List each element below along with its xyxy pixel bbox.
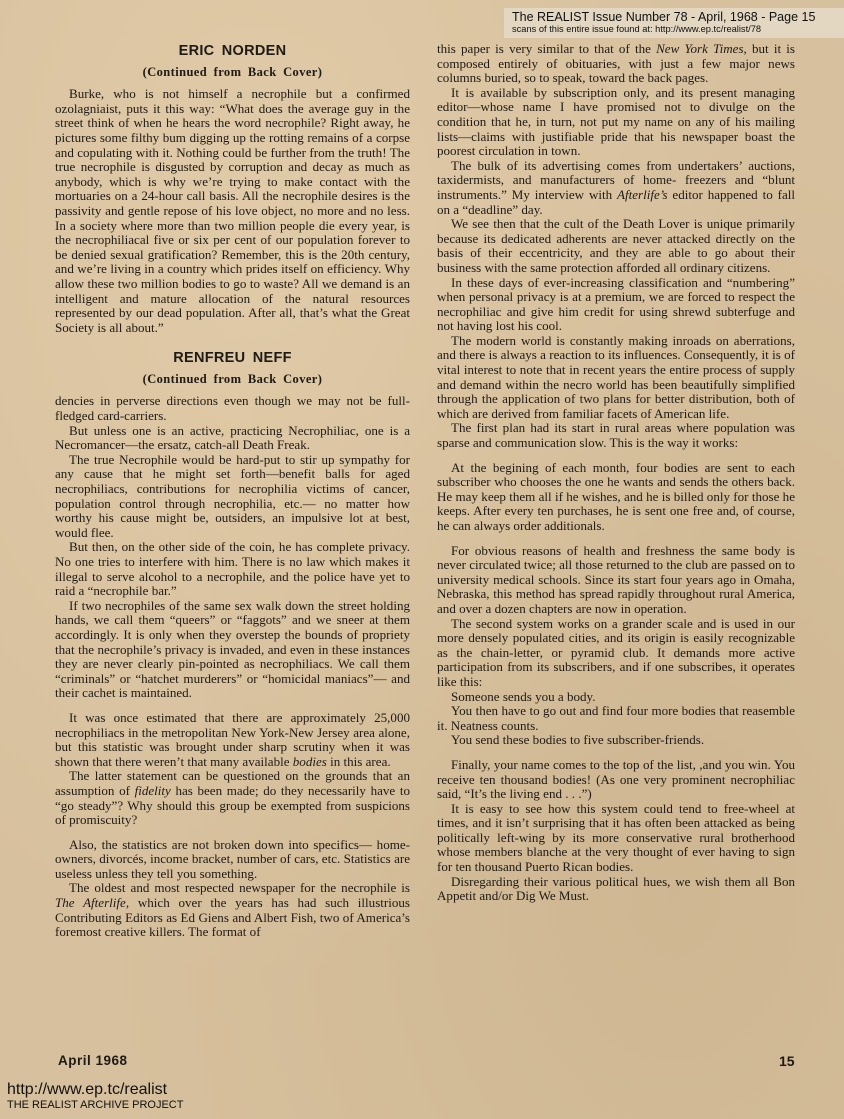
paragraph: Disregarding their various political hue…	[437, 875, 795, 904]
paragraph: In these days of ever-increasing classif…	[437, 276, 795, 334]
paragraph: You send these bodies to five subscriber…	[437, 733, 795, 748]
paragraph: We see then that the cult of the Death L…	[437, 217, 795, 275]
archive-name: THE REALIST ARCHIVE PROJECT	[7, 1099, 183, 1112]
paragraph: The true Necrophile would be hard-put to…	[55, 453, 410, 541]
paragraph: You then have to go out and find four mo…	[437, 704, 795, 733]
paragraph: But then, on the other side of the coin,…	[55, 540, 410, 598]
paragraph: Also, the statistics are not broken down…	[55, 838, 410, 882]
issue-stamp: The REALIST Issue Number 78 - April, 196…	[504, 8, 844, 38]
paragraph: The modern world is constantly making in…	[437, 334, 795, 422]
article-heading-neff: RENFREU NEFF	[55, 351, 410, 366]
paragraph: Finally, your name comes to the top of t…	[437, 758, 795, 802]
paragraph: The oldest and most respected newspaper …	[55, 881, 410, 939]
paragraph: But unless one is an active, practicing …	[55, 424, 410, 453]
issue-source: scans of this entire issue found at: htt…	[512, 24, 844, 35]
archive-credit: http://www.ep.tc/realist THE REALIST ARC…	[7, 1081, 183, 1112]
paragraph: If two necrophiles of the same sex walk …	[55, 599, 410, 701]
paragraph: The first plan had its start in rural ar…	[437, 421, 795, 450]
paragraph: The latter statement can be questioned o…	[55, 769, 410, 827]
paragraph: At the begining of each month, four bodi…	[437, 461, 795, 534]
continued-note: (Continued from Back Cover)	[55, 65, 410, 80]
right-column: this paper is very similar to that of th…	[437, 42, 795, 904]
paragraph: Someone sends you a body.	[437, 690, 795, 705]
paragraph: For obvious reasons of health and freshn…	[437, 544, 795, 617]
paragraph: Burke, who is not himself a necrophile b…	[55, 87, 410, 335]
paragraph: It is available by subscription only, an…	[437, 86, 795, 159]
left-column: ERIC NORDEN (Continued from Back Cover) …	[55, 40, 410, 940]
article-heading-norden: ERIC NORDEN	[55, 44, 410, 59]
paragraph: It was once estimated that there are app…	[55, 711, 410, 769]
continued-note: (Continued from Back Cover)	[55, 372, 410, 387]
issue-title: The REALIST Issue Number 78 - April, 196…	[512, 10, 844, 24]
paragraph: this paper is very similar to that of th…	[437, 42, 795, 86]
paragraph: It is easy to see how this system could …	[437, 802, 795, 875]
paragraph: dencies in perverse directions even thou…	[55, 394, 410, 423]
page-number: 15	[779, 1053, 795, 1069]
archive-url[interactable]: http://www.ep.tc/realist	[7, 1081, 183, 1099]
paragraph: The second system works on a grander sca…	[437, 617, 795, 690]
paragraph: The bulk of its advertising comes from u…	[437, 159, 795, 217]
footer-date: April 1968	[58, 1053, 128, 1068]
